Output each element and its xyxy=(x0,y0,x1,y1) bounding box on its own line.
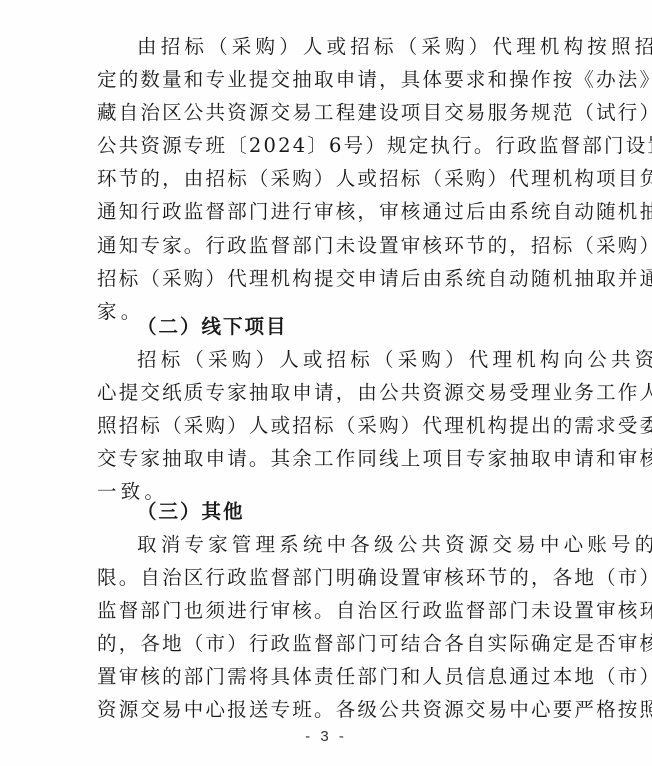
paragraph-line: 公共资源专班〔2024〕6号）规定执行。行政监督部门设置审核 xyxy=(97,131,567,161)
paragraph-line: 取消专家管理系统中各级公共资源交易中心账号的审核权 xyxy=(137,530,607,560)
section-heading-offline: （二）线下项目 xyxy=(137,312,607,342)
paragraph-line: 通知行政监督部门进行审核，审核通过后由系统自动随机抽取并 xyxy=(97,197,567,227)
paragraph-line: 置审核的部门需将具体责任部门和人员信息通过本地（市）公共 xyxy=(97,662,567,692)
paragraph-line: 定的数量和专业提交抽取申请，具体要求和操作按《办法》和《西 xyxy=(97,65,567,95)
paragraph-line: 的，各地（市）行政监督部门可结合各自实际确定是否审核，设 xyxy=(97,629,567,659)
paragraph-line: 由招标（采购）人或招标（采购）代理机构按照招标文件约 xyxy=(137,32,607,62)
section-heading-other: （三）其他 xyxy=(137,497,607,527)
paragraph-line: 资源交易中心报送专班。各级公共资源交易中心要严格按照《办 xyxy=(97,695,567,725)
paragraph-line: 交专家抽取申请。其余工作同线上项目专家抽取申请和审核工作 xyxy=(97,444,567,474)
paragraph-line: 监督部门也须进行审核。自治区行政监督部门未设置审核环节 xyxy=(97,596,567,626)
paragraph-line: 限。自治区行政监督部门明确设置审核环节的，各地（市）行政 xyxy=(97,563,567,593)
paragraph-line: 心提交纸质专家抽取申请，由公共资源交易受理业务工作人员按 xyxy=(97,378,567,408)
paragraph-line: 招标（采购）人或招标（采购）代理机构向公共资源交易中 xyxy=(137,345,607,375)
document-page: 由招标（采购）人或招标（采购）代理机构按照招标文件约 定的数量和专业提交抽取申请… xyxy=(0,0,652,766)
paragraph-line: 环节的，由招标（采购）人或招标（采购）代理机构项目负责人 xyxy=(97,164,567,194)
paragraph-line: 招标（采购）代理机构提交申请后由系统自动随机抽取并通知专 xyxy=(97,264,567,294)
paragraph-line: 藏自治区公共资源交易工程建设项目交易服务规范（试行）》（藏 xyxy=(97,98,567,128)
page-number: - 3 - xyxy=(0,728,652,745)
paragraph-line: 照招标（采购）人或招标（采购）代理机构提出的需求受委托提 xyxy=(97,411,567,441)
paragraph-line: 通知专家。行政监督部门未设置审核环节的，招标（采购）人或 xyxy=(97,231,567,261)
